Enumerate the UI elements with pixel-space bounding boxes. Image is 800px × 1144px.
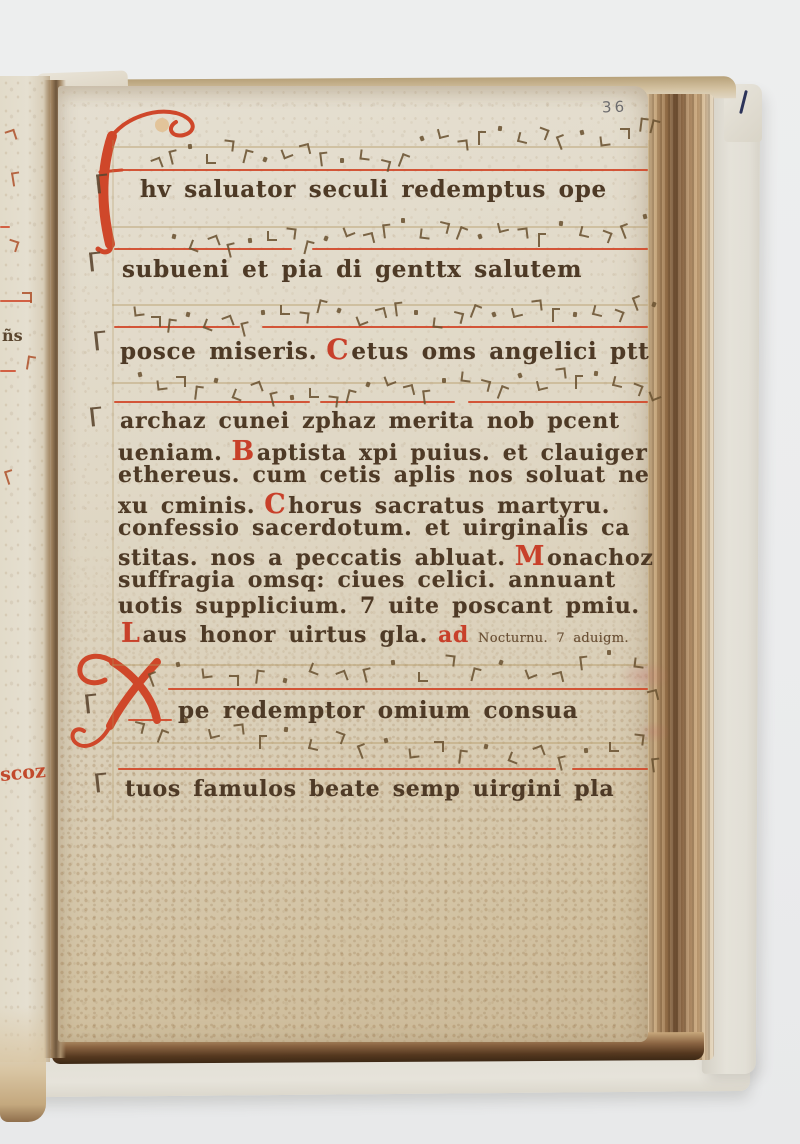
- staff-line: [118, 768, 556, 770]
- neume-mark: [176, 376, 186, 387]
- neume-mark: [398, 153, 410, 169]
- facing-neume-mark: [7, 239, 20, 253]
- staff-line: [468, 401, 648, 403]
- neume-mark: [477, 233, 483, 239]
- text-segment: tuos famulos beate semp uirgini pla: [125, 776, 614, 802]
- neume-mark: [208, 727, 220, 739]
- facing-neume-mark: [22, 292, 32, 303]
- neume-mark: [316, 299, 327, 315]
- custos-mark: [85, 693, 98, 713]
- neume-mark: [452, 311, 464, 324]
- neume-mark: [363, 232, 375, 245]
- ruling-line: [112, 304, 648, 306]
- neume-mark: [434, 741, 444, 752]
- neume-mark: [259, 735, 267, 749]
- neume-mark: [359, 149, 370, 160]
- neume-mark: [281, 147, 294, 160]
- neume-mark: [491, 311, 497, 317]
- facing-neume-mark: [11, 171, 21, 186]
- staff-line: [168, 688, 648, 690]
- neume-mark: [438, 221, 450, 234]
- neume-mark: [262, 156, 268, 162]
- text-segment: pe redemptor omium consua: [178, 697, 578, 724]
- neume-mark: [497, 221, 509, 233]
- neume-mark: [382, 224, 392, 239]
- staff-line: [114, 401, 310, 403]
- neume-mark: [232, 389, 245, 402]
- neume-mark: [255, 670, 265, 685]
- neume-mark: [630, 383, 643, 397]
- neume-mark: [175, 662, 180, 668]
- neume-mark: [336, 307, 342, 313]
- neume-mark: [639, 118, 649, 133]
- text-segment: subueni et pia di genttx salutem: [122, 256, 582, 283]
- text-line: uotis supplicium. 7 uite poscant pmiu.: [118, 593, 640, 619]
- text-segment: confessio sacerdotum. et uirginalis ca: [118, 515, 630, 541]
- neume-mark: [383, 738, 388, 744]
- custos-mark: [95, 772, 108, 792]
- neume-mark: [552, 671, 564, 684]
- neume-mark: [536, 379, 548, 391]
- neume-mark: [517, 372, 523, 378]
- neume-mark: [573, 312, 578, 317]
- neume-mark: [536, 127, 549, 141]
- neume-mark: [599, 135, 610, 146]
- neume-mark: [458, 750, 468, 765]
- neume-mark: [233, 723, 244, 735]
- neume-mark: [298, 311, 309, 323]
- custos-mark: [94, 330, 107, 350]
- facing-staff-fragment: [0, 370, 16, 372]
- neume-mark: [470, 304, 482, 320]
- neume-mark: [242, 149, 253, 165]
- text-segment: uotis supplicium. 7 uite poscant pmiu.: [118, 593, 640, 619]
- neume-mark: [299, 143, 311, 156]
- staff-line: [114, 326, 240, 328]
- neume-mark: [632, 295, 644, 311]
- text-segment: hv saluator seculi redemptus ope: [140, 176, 607, 203]
- neume-mark: [508, 752, 521, 765]
- neume-mark: [418, 672, 428, 682]
- neume-mark: [649, 389, 662, 402]
- neume-mark: [201, 667, 212, 678]
- neume-mark: [206, 154, 216, 164]
- neume-mark: [391, 660, 396, 665]
- text-line: suffragia omsq: ciues celici. annuant: [118, 567, 616, 593]
- neume-mark: [609, 742, 619, 752]
- neume-mark: [248, 238, 253, 243]
- neume-mark: [532, 745, 545, 759]
- neume-mark: [282, 678, 287, 684]
- facing-neume-mark: [4, 469, 16, 485]
- neume-mark: [647, 689, 659, 702]
- text-line: archaz cunei zphaz merita nob pcent: [120, 408, 620, 434]
- neume-mark: [414, 310, 418, 315]
- neume-mark: [357, 743, 369, 759]
- neume-mark: [460, 371, 471, 382]
- neume-mark: [156, 379, 167, 390]
- margin-fragment-lower: scoz: [0, 760, 47, 786]
- staff-line: [320, 401, 455, 403]
- text-line: hv saluator seculi redemptus ope: [140, 176, 607, 203]
- custos-mark: [96, 173, 109, 193]
- neume-mark: [457, 139, 468, 151]
- neume-mark: [612, 376, 624, 388]
- neume-mark: [432, 317, 443, 328]
- neume-mark: [229, 675, 239, 686]
- neume-mark: [223, 139, 234, 151]
- neume-mark: [531, 299, 542, 311]
- neume-mark: [607, 650, 611, 655]
- neume-mark: [483, 744, 488, 750]
- text-segment: etus oms angelici ptt: [351, 338, 649, 365]
- text-segment: ad: [438, 622, 469, 648]
- facing-neume-mark: [5, 129, 18, 143]
- neume-mark: [559, 221, 564, 226]
- neume-mark: [611, 309, 624, 323]
- text-segment: posce miseris.: [120, 338, 317, 365]
- neume-mark: [633, 733, 644, 745]
- neume-mark: [442, 378, 446, 383]
- neume-mark: [419, 228, 430, 239]
- neume-mark: [319, 152, 329, 167]
- neume-mark: [599, 230, 612, 244]
- neume-mark: [188, 144, 193, 149]
- neume-mark: [592, 305, 604, 317]
- neume-mark: [642, 214, 647, 220]
- neume-mark: [309, 663, 322, 676]
- neume-mark: [394, 302, 404, 317]
- neume-mark: [633, 657, 644, 668]
- neume-mark: [308, 739, 320, 751]
- neume-mark: [422, 390, 432, 405]
- facing-neume-mark: [26, 355, 36, 370]
- neume-mark: [517, 132, 529, 144]
- neume-mark: [594, 371, 599, 376]
- neume-mark: [401, 218, 405, 223]
- custos-mark: [90, 406, 103, 426]
- neume-mark: [478, 131, 486, 145]
- neume-mark: [579, 656, 589, 671]
- neume-mark: [584, 748, 589, 753]
- neume-mark: [579, 226, 591, 238]
- neume-mark: [167, 319, 177, 334]
- text-segment: archaz cunei zphaz merita nob pcent: [120, 408, 620, 434]
- neume-mark: [323, 235, 329, 241]
- text-line: subueni et pia di genttx salutem: [122, 256, 582, 283]
- neume-mark: [444, 654, 455, 666]
- text-segment: C: [326, 333, 349, 366]
- neume-mark: [137, 372, 142, 378]
- neume-mark: [555, 367, 566, 379]
- neume-mark: [267, 231, 277, 241]
- neume-mark: [403, 384, 415, 397]
- text-segment: suffragia omsq: ciues celici. annuant: [118, 567, 616, 593]
- neume-mark: [309, 388, 319, 398]
- ruling-line: [112, 226, 648, 228]
- neume-mark: [557, 755, 568, 771]
- staff-line: [572, 768, 648, 770]
- staff-line: [312, 248, 648, 250]
- neume-mark: [456, 226, 468, 242]
- neume-mark: [203, 319, 216, 332]
- neume-mark: [649, 119, 660, 135]
- neume-mark: [552, 308, 560, 322]
- neume-mark: [261, 310, 266, 315]
- neume-mark: [620, 128, 630, 139]
- page-content: 36 hv saluator seculi redemptus opesubue…: [0, 0, 800, 1144]
- facing-staff-fragment: [0, 226, 10, 228]
- text-line: confessio sacerdotum. et uirginalis ca: [118, 515, 630, 541]
- neume-mark: [280, 305, 290, 315]
- neume-mark: [185, 312, 190, 318]
- neume-mark: [284, 727, 289, 732]
- neume-mark: [497, 385, 509, 401]
- staff-line: [262, 326, 648, 328]
- custos-mark: [89, 251, 102, 271]
- neume-mark: [151, 316, 161, 327]
- neume-mark: [303, 240, 314, 256]
- text-line: posce miseris.Cetus oms angelici ptt: [120, 333, 650, 366]
- neume-mark: [479, 379, 491, 392]
- neume-mark: [362, 667, 373, 683]
- neume-mark: [340, 158, 344, 163]
- neume-mark: [498, 126, 503, 131]
- text-segment: Nocturnu. 7 aduigm.: [478, 631, 629, 646]
- neume-mark: [335, 670, 348, 684]
- neume-mark: [538, 233, 546, 247]
- neume-mark: [327, 395, 338, 407]
- neume-mark: [384, 374, 397, 387]
- neume-mark: [517, 227, 528, 239]
- neume-mark: [419, 135, 425, 141]
- text-line: tuos famulos beate semp uirgini pla: [125, 776, 614, 802]
- text-line: Laus honor uirtus gla.adNocturnu. 7 adui…: [112, 618, 629, 649]
- ruling-line: [112, 742, 648, 744]
- neume-mark: [651, 758, 661, 773]
- neume-mark: [269, 391, 280, 407]
- neume-mark: [365, 381, 371, 387]
- text-line: pe redemptor omium consua: [178, 697, 578, 724]
- neume-mark: [575, 375, 583, 389]
- neume-mark: [290, 395, 295, 400]
- ruling-line: [112, 382, 648, 384]
- folio-number: 36: [602, 98, 628, 117]
- neume-mark: [194, 386, 204, 401]
- neume-mark: [525, 667, 538, 680]
- text-segment: ethereus. cum cetis aplis nos soluat ne: [118, 462, 650, 488]
- neume-mark: [356, 314, 369, 327]
- neume-mark: [408, 747, 419, 758]
- text-segment: aus honor uirtus gla.: [143, 622, 428, 648]
- text-segment: L: [121, 618, 141, 649]
- neume-mark: [651, 301, 657, 307]
- margin-fragment-upper: ñs: [2, 326, 23, 345]
- ruling-line: [112, 664, 648, 666]
- neume-mark: [470, 667, 481, 683]
- neume-mark: [437, 127, 449, 139]
- neume-mark: [133, 305, 144, 316]
- neume-mark: [579, 130, 584, 136]
- neume-mark: [285, 227, 296, 239]
- neume-mark: [375, 307, 387, 320]
- neume-mark: [511, 306, 523, 318]
- text-line: ethereus. cum cetis aplis nos soluat ne: [118, 462, 650, 488]
- photo-background: 36 hv saluator seculi redemptus opesubue…: [0, 0, 800, 1144]
- margin-ruling: [112, 140, 114, 820]
